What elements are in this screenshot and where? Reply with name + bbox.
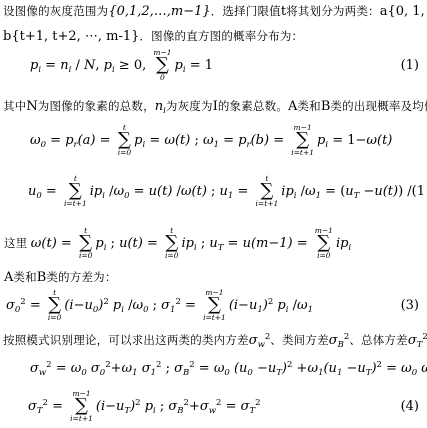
equation-3-row: σ02 = t∑i=0(i−u0)2 pi /ω0 ; σ12 = m−1∑i=… bbox=[0, 279, 427, 331]
equation-class-probabilities: ω0 = pr(a) = t∑i=0pi = ω(t) ; ω1 = pr(b)… bbox=[30, 124, 392, 157]
equation-within-between-row: σw2 = ω0 σ02+ω1 σ12 ; σB2 = ω0 (u0 −uT)2… bbox=[0, 354, 427, 382]
equation-definitions: 这里 ω(t) = t∑i=0pi ; u(t) = t∑i=0ipi ; uT… bbox=[4, 227, 351, 260]
equation-1-probability-distribution: pi = ni / N, pi ≥ 0, m−1∑0pi = 1 bbox=[30, 49, 213, 82]
paragraph-setup-line1: 设图像的灰度范围为{0,1,2,…,m−1}．选择门限值t将其划分为两类：a{0… bbox=[3, 2, 427, 20]
equation-2-row: u0 = t∑i=t+1ipi /ω0 = u(t) /ω(t) ; u1 = … bbox=[0, 165, 427, 217]
equation-4-total-variance: σT2 = m−1∑i=t+1(i−uT)2 pi ; σB2+σw2 = σT… bbox=[28, 390, 261, 423]
equation-3-number: (3) bbox=[401, 298, 427, 313]
equation-1-row: pi = ni / N, pi ≥ 0, m−1∑0pi = 1 (1) bbox=[0, 44, 427, 86]
summation-symbol: m−1∑i=t+1 bbox=[70, 390, 93, 423]
equation-1-number: (1) bbox=[401, 58, 427, 73]
equation-3-class-variances: σ02 = t∑i=0(i−u0)2 pi /ω0 ; σ12 = m−1∑i=… bbox=[6, 289, 313, 322]
equation-within-between-variance: σw2 = ω0 σ02+ω1 σ12 ; σB2 = ω0 (u0 −uT)2… bbox=[30, 359, 427, 378]
summation-symbol: t∑i=t+1 bbox=[64, 175, 87, 208]
summation-symbol: m−1∑i=t+1 bbox=[291, 124, 314, 157]
summation-symbol: m−1∑i=0 bbox=[315, 227, 333, 260]
equation-2-class-means: u0 = t∑i=t+1ipi /ω0 = u(t) /ω(t) ; u1 = … bbox=[28, 175, 427, 208]
summation-symbol: t∑i=0 bbox=[118, 124, 131, 157]
paragraph-pattern-recognition: 按照模式识别理论，可以求出这两类的类内方差σw2、类间方差σB2、总体方差σT2 bbox=[3, 331, 427, 350]
summation-symbol: t∑i=0 bbox=[165, 227, 178, 260]
summation-symbol: t∑i=0 bbox=[79, 227, 92, 260]
summation-symbol: m−1∑i=t+1 bbox=[203, 289, 226, 322]
equation-omega-row: ω0 = pr(a) = t∑i=0pi = ω(t) ; ω1 = pr(b)… bbox=[0, 114, 427, 166]
paragraph-setup-line2: b{t+1, t+2, ⋯, m-1}．图像的直方图的概率分布为： bbox=[3, 27, 303, 45]
summation-symbol: t∑i=t+1 bbox=[256, 175, 279, 208]
equation-4-number: (4) bbox=[401, 399, 427, 414]
summation-symbol: t∑i=0 bbox=[48, 289, 61, 322]
document-page: 设图像的灰度范围为{0,1,2,…,m−1}．选择门限值t将其划分为两类：a{0… bbox=[0, 0, 427, 428]
equation-4-row: σT2 = m−1∑i=t+1(i−uT)2 pi ; σB2+σw2 = σT… bbox=[0, 381, 427, 428]
definitions-row: 这里 ω(t) = t∑i=0pi ; u(t) = t∑i=0ipi ; uT… bbox=[0, 217, 427, 269]
summation-symbol: m−1∑0 bbox=[153, 49, 171, 82]
